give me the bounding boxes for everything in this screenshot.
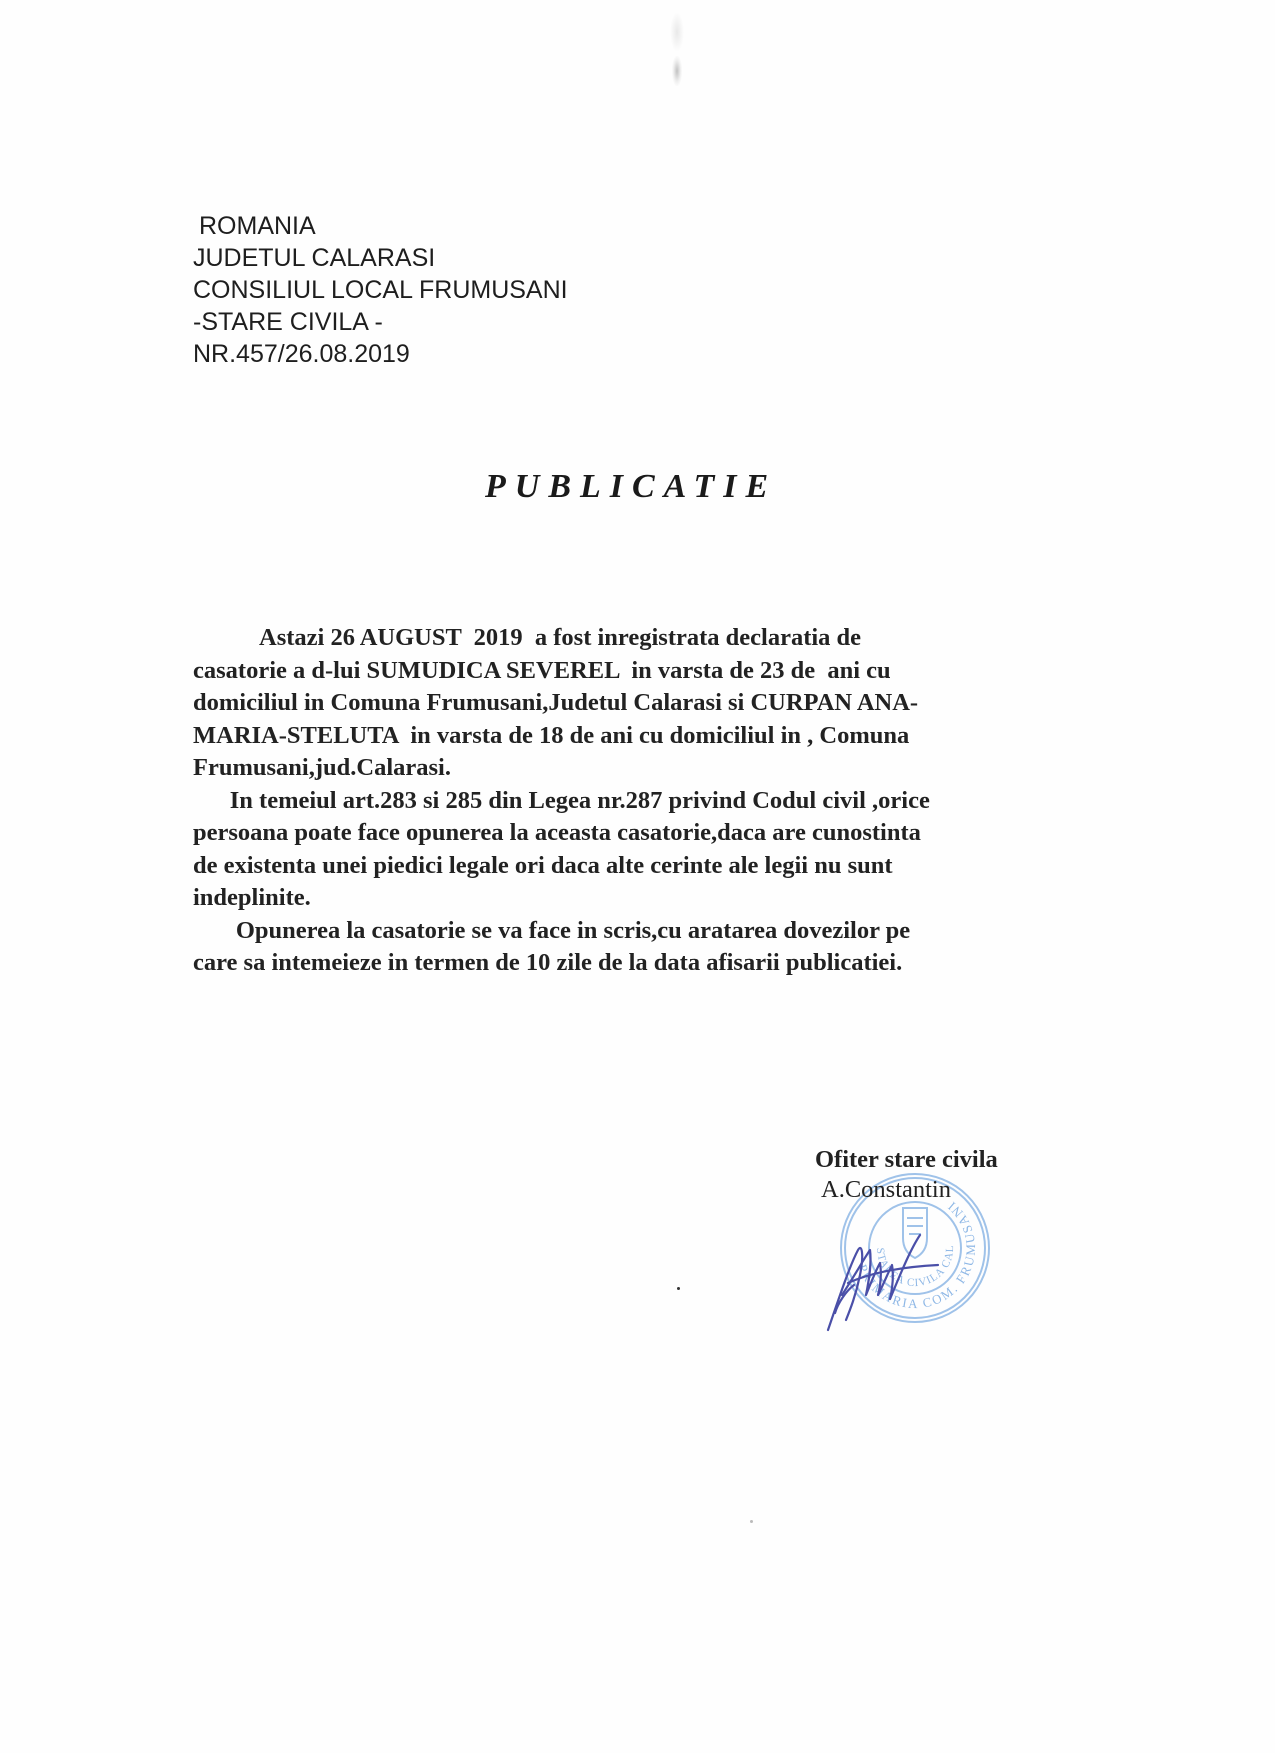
header-department: -STARE CIVILA - <box>193 306 568 338</box>
header-county: JUDETUL CALARASI <box>193 242 568 274</box>
body-line: Opunerea la casatorie se va face in scri… <box>193 915 1073 948</box>
body-line: persoana poate face opunerea la aceasta … <box>193 817 1073 850</box>
signature-block: Ofiter stare civila A.Constantin <box>815 1146 998 1204</box>
body-line: Frumusani,jud.Calarasi. <box>193 752 1073 785</box>
document-body: Astazi 26 AUGUST 2019 a fost inregistrat… <box>193 622 1073 980</box>
body-line: casatorie a d-lui SUMUDICA SEVEREL in va… <box>193 655 1073 688</box>
body-line: indeplinite. <box>193 882 1073 915</box>
header-registration-number: NR.457/26.08.2019 <box>193 338 568 370</box>
scan-artifact <box>672 56 682 86</box>
scan-speck <box>750 1520 753 1523</box>
signatory-name: A.Constantin <box>815 1176 998 1204</box>
body-line: de existenta unei piedici legale ori dac… <box>193 850 1073 883</box>
scan-speck <box>677 1287 680 1290</box>
body-line: care sa intemeieze in termen de 10 zile … <box>193 947 1073 980</box>
body-line: Astazi 26 AUGUST 2019 a fost inregistrat… <box>193 622 1073 655</box>
body-line: domiciliul in Comuna Frumusani,Judetul C… <box>193 687 1073 720</box>
handwritten-signature-icon <box>820 1195 940 1335</box>
body-line: MARIA-STELUTA in varsta de 18 de ani cu … <box>193 720 1073 753</box>
document-page: ROMANIA JUDETUL CALARASI CONSILIUL LOCAL… <box>0 0 1275 1753</box>
document-title: PUBLICATIE <box>485 468 777 506</box>
header-country: ROMANIA <box>193 210 568 242</box>
header-council: CONSILIUL LOCAL FRUMUSANI <box>193 274 568 306</box>
body-line: In temeiul art.283 si 285 din Legea nr.2… <box>193 785 1073 818</box>
signatory-role: Ofiter stare civila <box>815 1146 998 1174</box>
scan-artifact <box>670 12 684 52</box>
document-header: ROMANIA JUDETUL CALARASI CONSILIUL LOCAL… <box>193 210 568 370</box>
